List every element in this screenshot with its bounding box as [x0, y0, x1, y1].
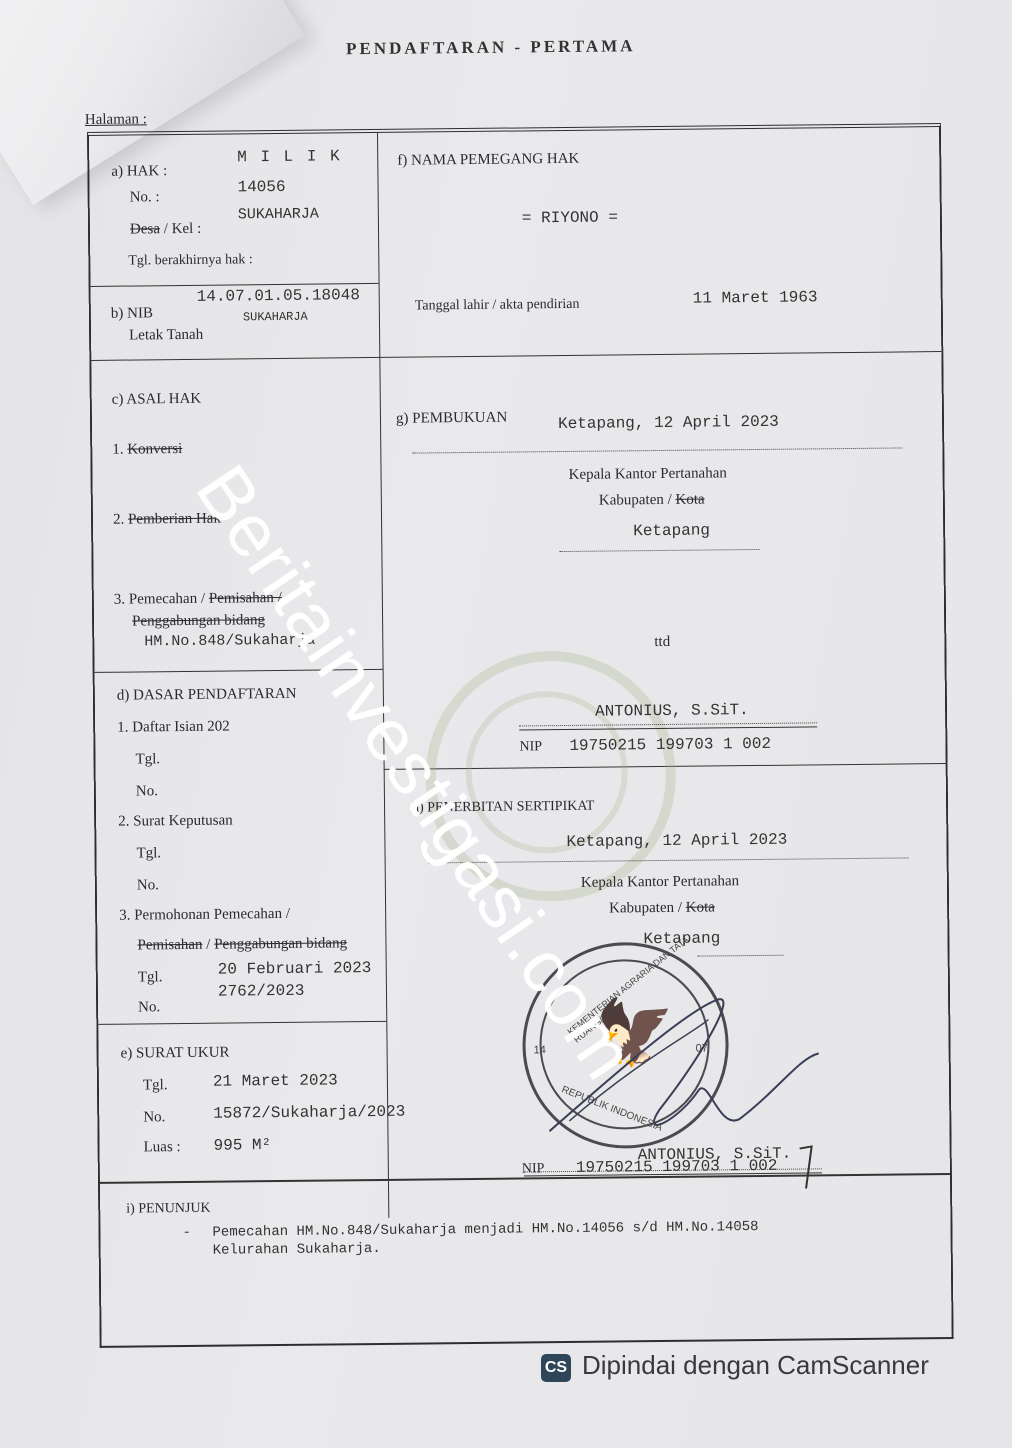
land-certificate-page: PENDAFTARAN - PERTAMA Halaman : a) HAK :…: [84, 31, 958, 1350]
document-title: PENDAFTARAN - PERTAMA: [346, 36, 636, 59]
handwritten-signature: [89, 127, 950, 1236]
penunjuk-line-2: Kelurahan Sukaharja.: [213, 1241, 381, 1259]
camscanner-caption: Dipindai dengan CamScanner: [582, 1350, 929, 1381]
penunjuk-bullet: -: [182, 1225, 191, 1241]
form-frame: a) HAK : M I L I K No. : 14056 Desa / Ke…: [87, 123, 954, 1348]
camscanner-logo-icon: CS: [541, 1354, 571, 1382]
penunjuk-label: i) PENUNJUK: [126, 1201, 211, 1218]
penerbitan-nip-value: 19750215 199703 1 002: [576, 1157, 778, 1177]
penerbitan-nip-label: NIP: [522, 1161, 545, 1177]
scanned-page: PENDAFTARAN - PERTAMA Halaman : a) HAK :…: [0, 0, 1012, 1448]
halaman-label: Halaman :: [85, 111, 147, 129]
